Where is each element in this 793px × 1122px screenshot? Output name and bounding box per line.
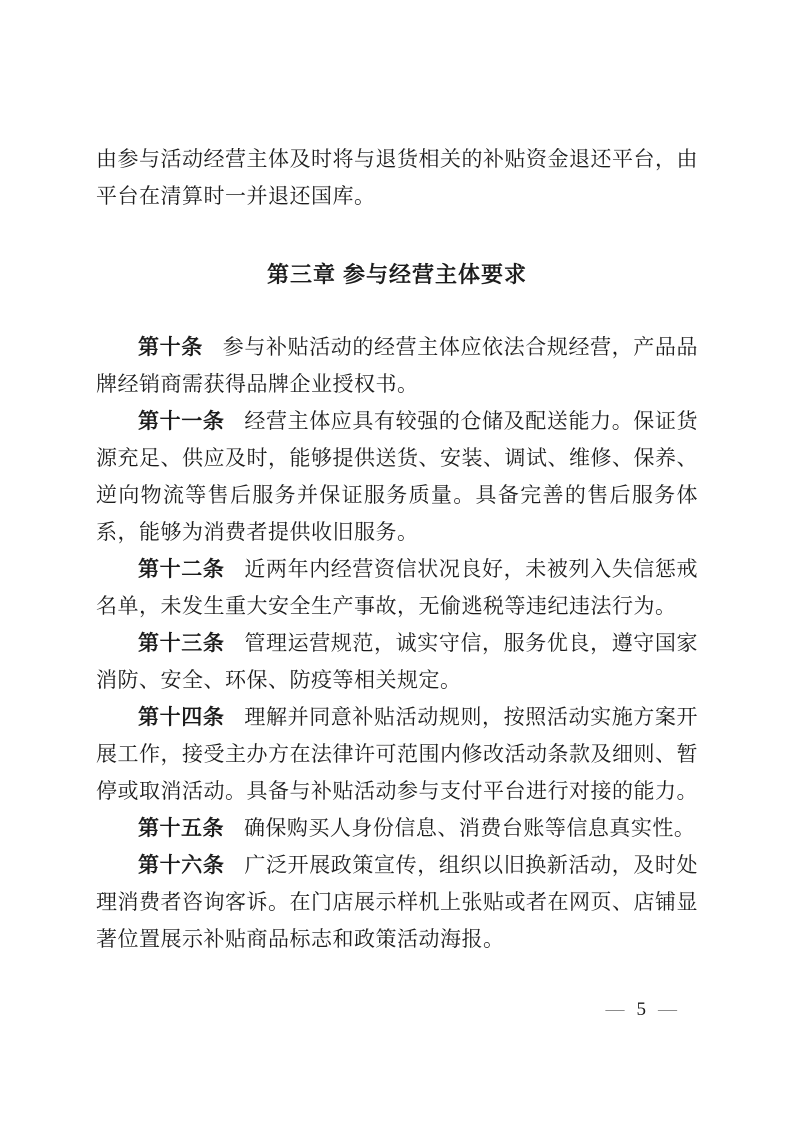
- article-16-label: 第十六条: [138, 854, 224, 877]
- article-15-text: 确保购买人身份信息、消费台账等信息真实性。: [244, 816, 696, 840]
- article-11-label: 第十一条: [138, 410, 224, 433]
- article-14-label: 第十四条: [138, 706, 224, 729]
- article-13-label: 第十三条: [138, 632, 224, 655]
- article-11: 第十一条经营主体应具有较强的仓储及配送能力。保证货源充足、供应及时，能够提供送货…: [96, 403, 698, 551]
- continuation-paragraph: 由参与活动经营主体及时将与退货相关的补贴资金退还平台，由平台在清算时一并退还国库…: [96, 141, 698, 215]
- page-number: —5—: [600, 998, 686, 1022]
- chapter-heading: 第三章 参与经营主体要求: [96, 256, 698, 293]
- article-10: 第十条参与补贴活动的经营主体应依法合规经营，产品品牌经销商需获得品牌企业授权书。: [96, 329, 698, 403]
- article-12-label: 第十二条: [138, 558, 224, 581]
- article-10-label: 第十条: [138, 336, 203, 359]
- article-13: 第十三条管理运营规范，诚实守信，服务优良，遵守国家消防、安全、环保、防疫等相关规…: [96, 625, 698, 699]
- article-15: 第十五条确保购买人身份信息、消费台账等信息真实性。: [96, 810, 698, 847]
- document-content: 由参与活动经营主体及时将与退货相关的补贴资金退还平台，由平台在清算时一并退还国库…: [96, 141, 698, 958]
- document-page: 由参与活动经营主体及时将与退货相关的补贴资金退还平台，由平台在清算时一并退还国库…: [0, 0, 793, 1122]
- page-number-left-dash: —: [600, 999, 633, 1020]
- article-16: 第十六条广泛开展政策宣传，组织以旧换新活动，及时处理消费者咨询客诉。在门店展示样…: [96, 847, 698, 958]
- page-number-right-dash: —: [652, 999, 685, 1020]
- article-12: 第十二条近两年内经营资信状况良好，未被列入失信惩戒名单，未发生重大安全生产事故，…: [96, 551, 698, 625]
- articles-section: 第十条参与补贴活动的经营主体应依法合规经营，产品品牌经销商需获得品牌企业授权书。…: [96, 329, 698, 958]
- article-14: 第十四条理解并同意补贴活动规则，按照活动实施方案开展工作，接受主办方在法律许可范…: [96, 699, 698, 810]
- article-15-label: 第十五条: [138, 817, 224, 840]
- page-number-value: 5: [633, 999, 653, 1020]
